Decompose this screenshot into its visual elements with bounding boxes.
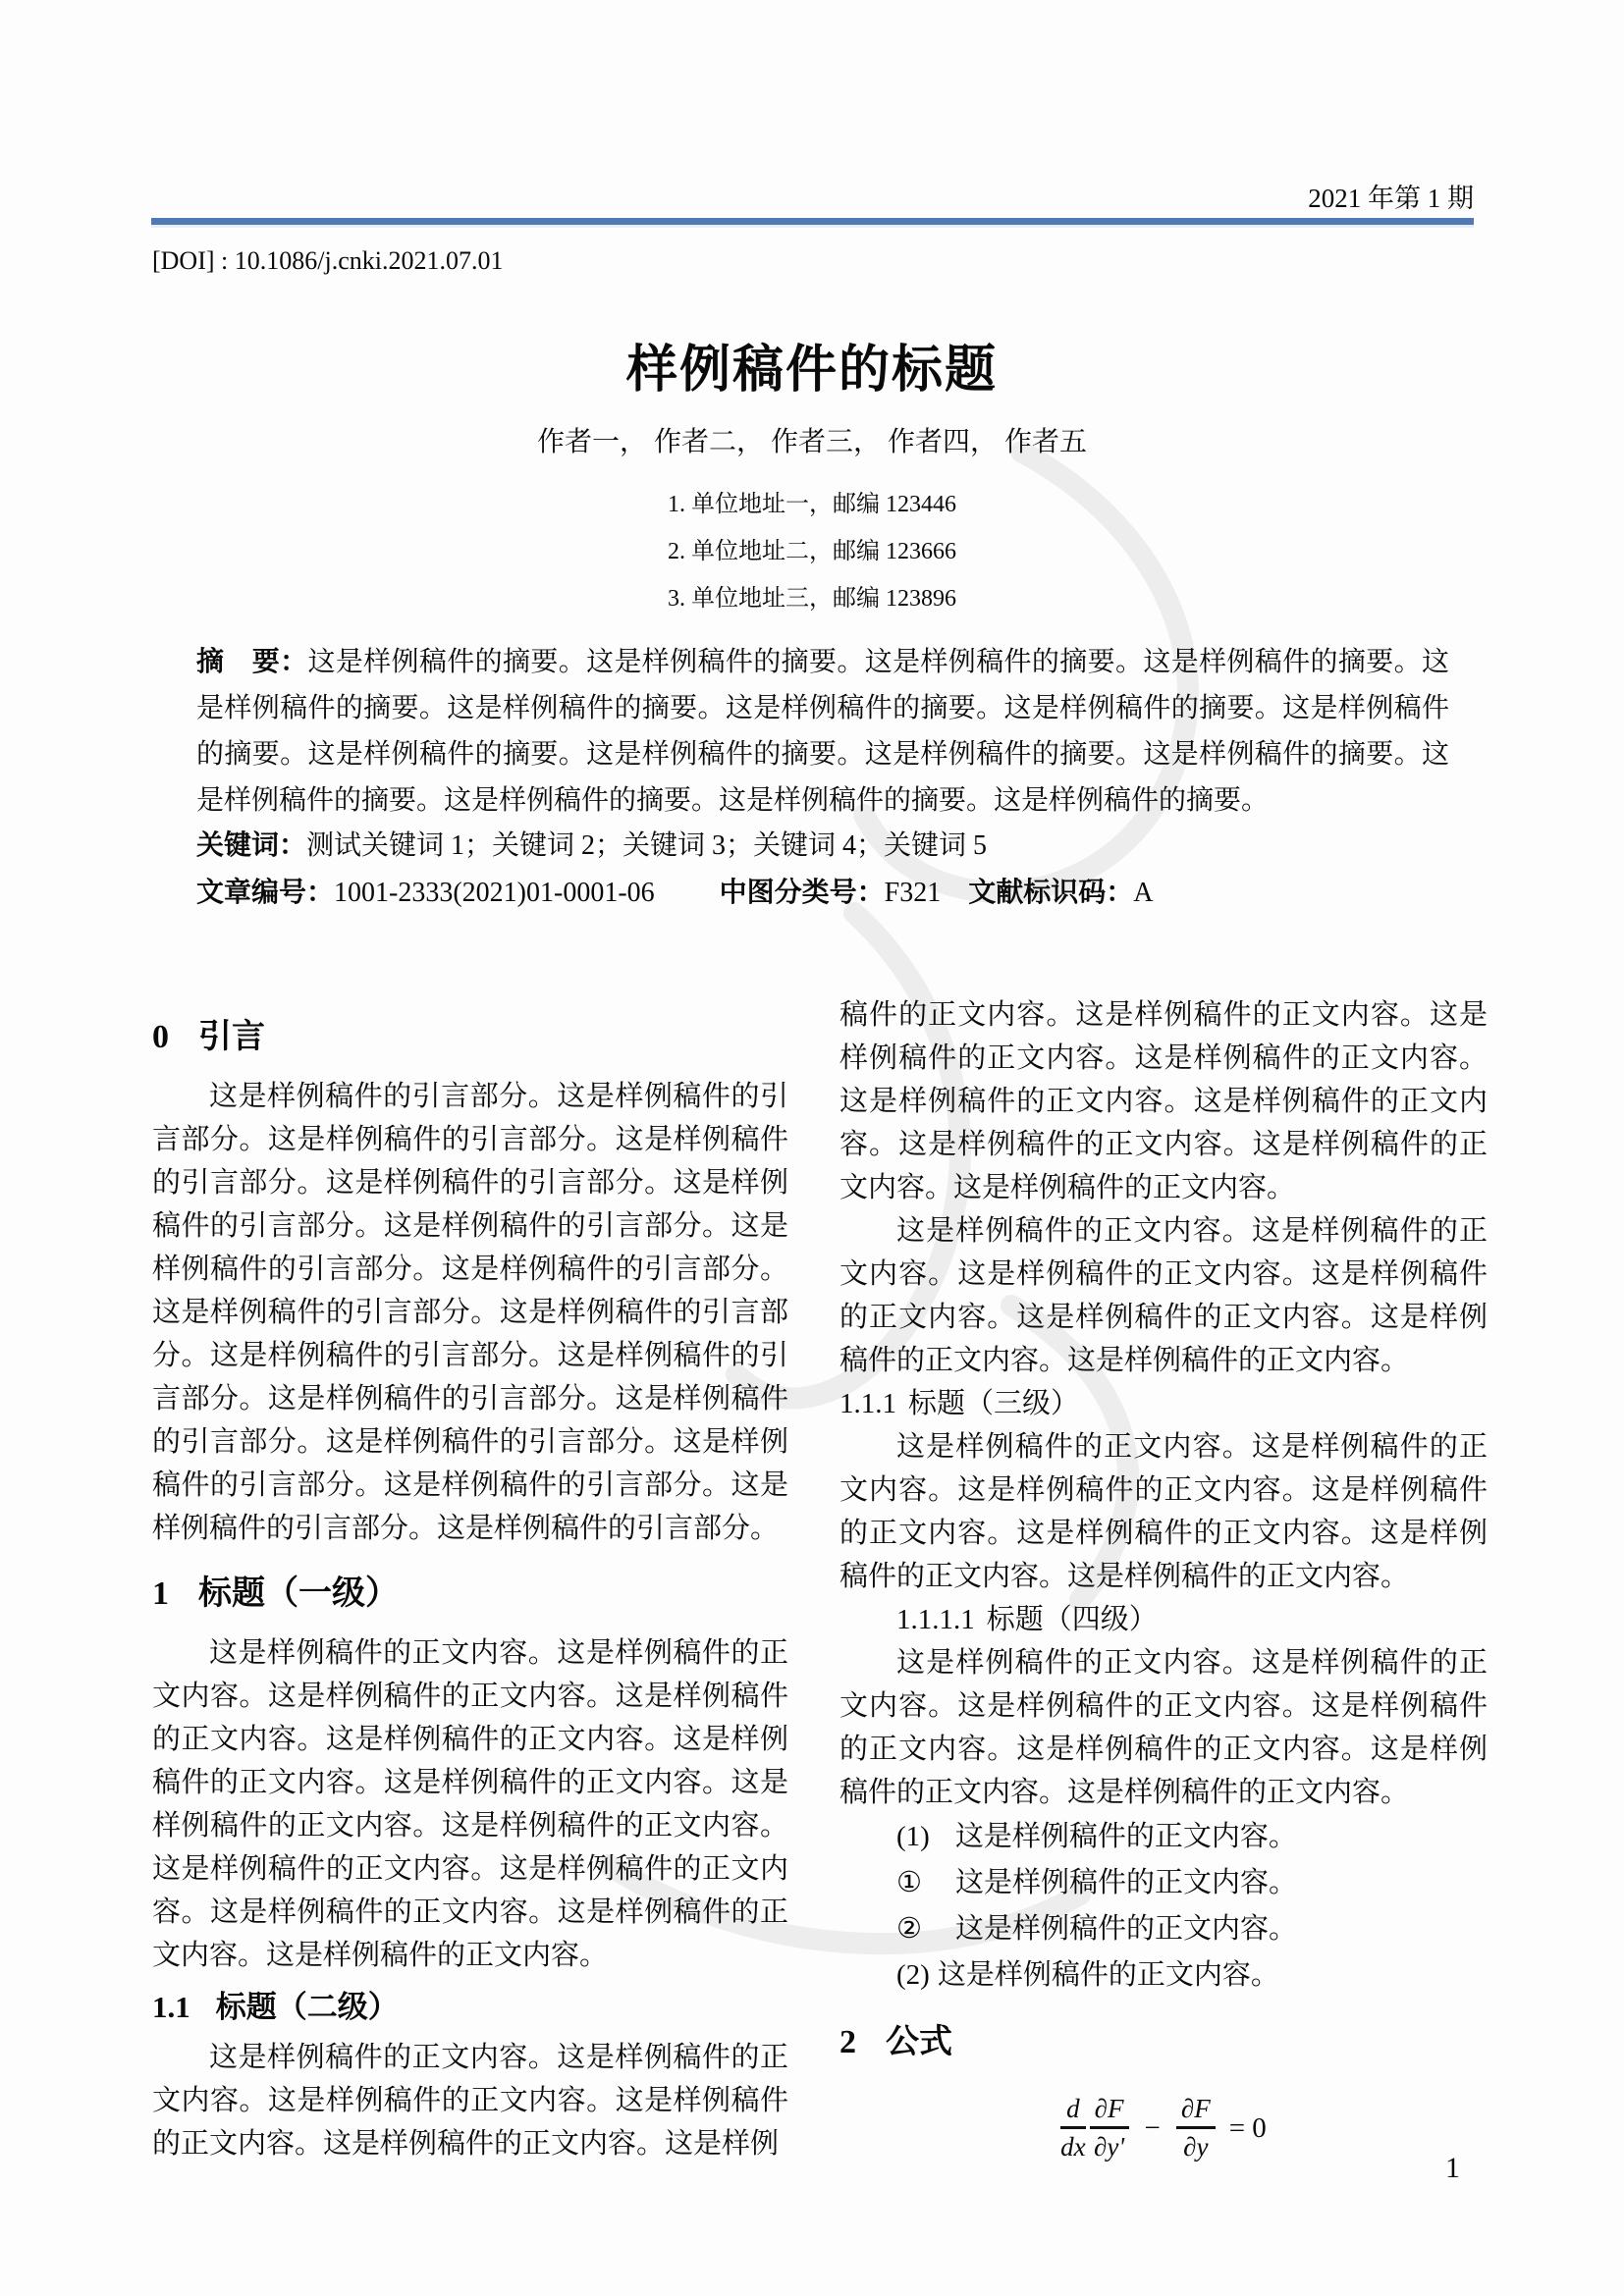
heading-title: 标题（四级） xyxy=(987,1604,1158,1635)
affiliation-line: 2. 单位地址二，邮编 123666 xyxy=(0,528,1624,575)
list-item: ①这是样例稿件的正文内容。 xyxy=(839,1860,1488,1906)
section-heading-1-1-1: 1.1.1标题（三级） xyxy=(839,1382,1488,1425)
heading-title: 标题（一级） xyxy=(198,1575,399,1612)
list-item: (2)这是样例稿件的正文内容。 xyxy=(839,1952,1488,1999)
body-paragraph: 稿件的正文内容。这是样例稿件的正文内容。这是样例稿件的正文内容。这是样例稿件的正… xyxy=(839,993,1488,1209)
clc-label: 中图分类号： xyxy=(720,877,885,907)
article-no-label: 文章编号： xyxy=(196,877,334,907)
fraction-denominator: ∂y xyxy=(1176,2129,1216,2162)
list-text: 这是样例稿件的正文内容。 xyxy=(955,1821,1297,1852)
list-text: 这是样例稿件的正文内容。 xyxy=(938,1959,1279,1991)
minus-operator: − xyxy=(1145,2113,1161,2143)
list-marker: ② xyxy=(896,1913,922,1945)
heading-number: 2 xyxy=(839,2024,856,2060)
paper-title: 样例稿件的标题 xyxy=(0,328,1624,401)
abstract-label: 摘 要： xyxy=(196,646,307,676)
content-layer: 2021 年第 1 期 [DOI] : 10.1086/j.cnki.2021.… xyxy=(0,0,1624,2296)
section-heading-2: 2公式 xyxy=(839,2018,1488,2066)
keywords-text: 测试关键词 1；关键词 2；关键词 3；关键词 4；关键词 5 xyxy=(306,830,987,861)
heading-number: 1.1.1.1 xyxy=(896,1604,975,1635)
heading-number: 1 xyxy=(152,1575,169,1612)
journal-issue: 2021 年第 1 期 xyxy=(152,177,1474,215)
fraction-numerator: ∂F xyxy=(1176,2094,1216,2129)
keywords-line: 关键词：测试关键词 1；关键词 2；关键词 3；关键词 4；关键词 5 xyxy=(196,824,1449,863)
heading-title: 标题（二级） xyxy=(216,1990,399,2024)
list-marker: ① xyxy=(896,1867,922,1898)
heading-title: 公式 xyxy=(886,2023,952,2060)
list-text: 这是样例稿件的正文内容。 xyxy=(955,1913,1297,1945)
equation: ddx ∂F∂y' − ∂F∂y = 0 xyxy=(839,2094,1488,2162)
heading-number: 0 xyxy=(152,1019,169,1055)
fraction-numerator: ∂F xyxy=(1090,2094,1129,2129)
abstract-text: 这是样例稿件的摘要。这是样例稿件的摘要。这是样例稿件的摘要。这是样例稿件的摘要。… xyxy=(196,647,1449,816)
right-column-blocks: 稿件的正文内容。这是样例稿件的正文内容。这是样例稿件的正文内容。这是样例稿件的正… xyxy=(839,993,1488,2066)
equation-rhs: = 0 xyxy=(1229,2113,1267,2143)
header-rule xyxy=(151,218,1474,228)
list-marker: (2) xyxy=(896,1959,930,1991)
body-paragraph: 这是样例稿件的正文内容。这是样例稿件的正文内容。这是样例稿件的正文内容。这是样例… xyxy=(152,1631,788,1977)
doi: [DOI] : 10.1086/j.cnki.2021.07.01 xyxy=(152,246,503,276)
section-heading-0: 0引言 xyxy=(152,1013,788,1061)
body-paragraph: 这是样例稿件的正文内容。这是样例稿件的正文内容。这是样例稿件的正文内容。这是样例… xyxy=(152,2036,788,2165)
heading-number: 1.1.1 xyxy=(839,1388,896,1419)
body-paragraph: 这是样例稿件的正文内容。这是样例稿件的正文内容。这是样例稿件的正文内容。这是样例… xyxy=(839,1641,1488,1814)
article-meta-line: 文章编号：1001-2333(2021)01-0001-06中图分类号：F321… xyxy=(196,871,1449,910)
list-item: ②这是样例稿件的正文内容。 xyxy=(839,1906,1488,1952)
fraction-denominator: ∂y' xyxy=(1090,2129,1129,2162)
fraction-denominator: dx xyxy=(1060,2129,1085,2162)
doc-code-value: A xyxy=(1133,878,1153,908)
fraction-numerator: d xyxy=(1060,2094,1085,2129)
list-text: 这是样例稿件的正文内容。 xyxy=(955,1867,1297,1898)
abstract-block: 摘 要：这是样例稿件的摘要。这是样例稿件的摘要。这是样例稿件的摘要。这是样例稿件… xyxy=(196,638,1449,824)
list-marker: (1) xyxy=(896,1821,930,1852)
body-paragraph: 这是样例稿件的正文内容。这是样例稿件的正文内容。这是样例稿件的正文内容。这是样例… xyxy=(839,1209,1488,1382)
fraction-dF-dyprime: ∂F∂y' xyxy=(1090,2094,1129,2162)
body-paragraph: 这是样例稿件的引言部分。这是样例稿件的引言部分。这是样例稿件的引言部分。这是样例… xyxy=(152,1075,788,1550)
heading-title: 标题（三级） xyxy=(908,1388,1079,1419)
right-column: 稿件的正文内容。这是样例稿件的正文内容。这是样例稿件的正文内容。这是样例稿件的正… xyxy=(839,993,1488,2162)
keywords-label: 关键词： xyxy=(196,829,306,860)
doc-code-label: 文献标识码： xyxy=(968,877,1133,907)
fraction-dF-dy: ∂F∂y xyxy=(1176,2094,1216,2162)
list-item: (1)这是样例稿件的正文内容。 xyxy=(839,1814,1488,1860)
fraction-d-dx: ddx xyxy=(1060,2094,1085,2162)
section-heading-1-1: 1.1标题（二级） xyxy=(152,1985,788,2030)
article-no-value: 1001-2333(2021)01-0001-06 xyxy=(334,878,655,908)
heading-title: 引言 xyxy=(198,1018,265,1055)
affiliation-line: 3. 单位地址三，邮编 123896 xyxy=(0,575,1624,622)
affiliation-line: 1. 单位地址一，邮编 123446 xyxy=(0,481,1624,528)
authors-line: 作者一， 作者二， 作者三， 作者四， 作者五 xyxy=(0,420,1624,459)
clc-value: F321 xyxy=(885,878,942,908)
section-heading-1: 1标题（一级） xyxy=(152,1570,788,1618)
section-heading-1-1-1-1: 1.1.1.1标题（四级） xyxy=(839,1598,1488,1641)
affiliations: 1. 单位地址一，邮编 1234462. 单位地址二，邮编 1236663. 单… xyxy=(0,481,1624,622)
paper-page: 2021 年第 1 期 [DOI] : 10.1086/j.cnki.2021.… xyxy=(0,0,1624,2296)
left-column: 0引言这是样例稿件的引言部分。这是样例稿件的引言部分。这是样例稿件的引言部分。这… xyxy=(152,993,788,2165)
heading-number: 1.1 xyxy=(152,1990,190,2024)
body-paragraph: 这是样例稿件的正文内容。这是样例稿件的正文内容。这是样例稿件的正文内容。这是样例… xyxy=(839,1425,1488,1598)
